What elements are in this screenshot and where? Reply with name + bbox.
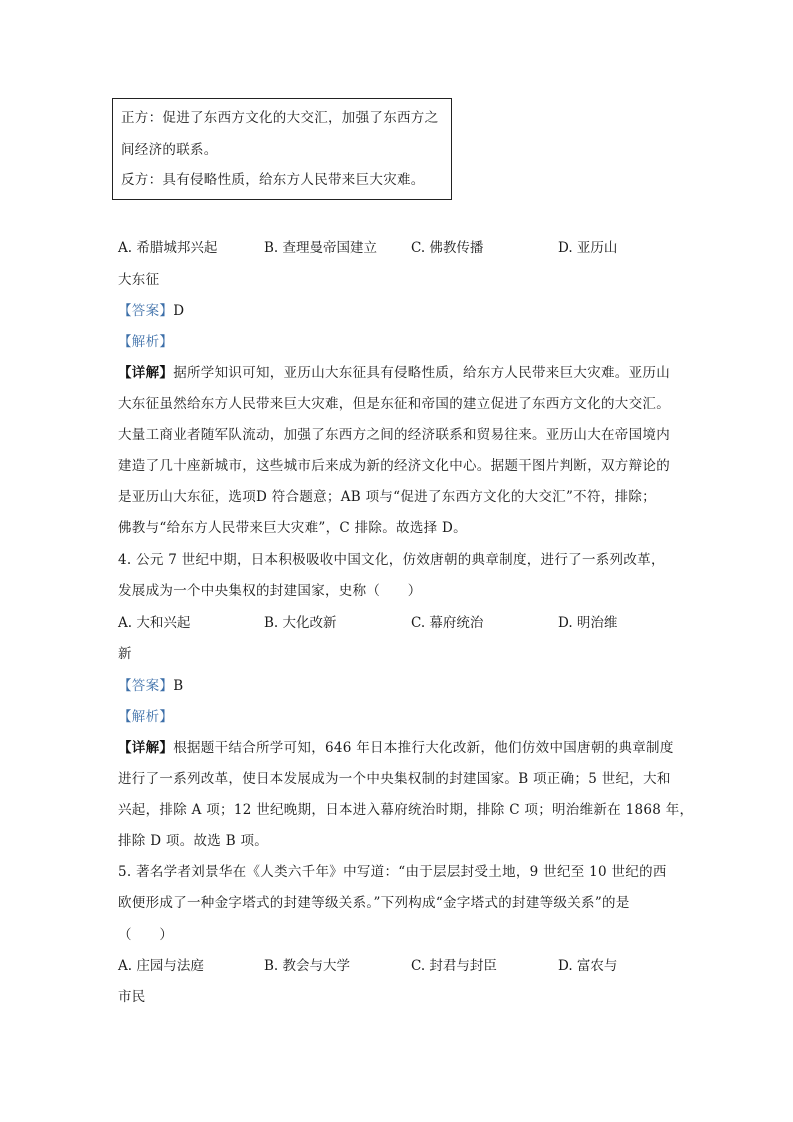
q3-detail-line: 建造了几十座新城市，这些城市后来成为新的经济文化中心。据题干图片判断，双方辩论的 xyxy=(118,457,670,475)
q3-option-a: A. 希腊城邦兴起 xyxy=(118,239,217,257)
q4-detail-line: 兴起，排除 A 项；12 世纪晚期，日本进入幕府统治时期，排除 C 项；明治维新… xyxy=(118,801,693,819)
analysis-tag: 【解析】 xyxy=(118,709,173,725)
detail-text: 据所学知识可知，亚历山大东征具有侵略性质，给东方人民带来巨大灾难。亚历山 xyxy=(173,365,670,381)
q5-option-c: C. 封君与封臣 xyxy=(411,957,497,975)
q4-option-a: A. 大和兴起 xyxy=(118,614,190,632)
q3-detail-line: 佛教与“给东方人民带来巨大灾难”，C 排除。故选择 D。 xyxy=(118,519,467,537)
q3-answer: 【答案】D xyxy=(118,302,184,320)
answer-tag: 【答案】 xyxy=(118,678,173,694)
debate-line-pro: 正方：促进了东西方文化的大交汇，加强了东西方之 xyxy=(121,109,438,127)
q4-detail-line: 进行了一系列改革，使日本发展成为一个中央集权制的封建国家。B 项正确；5 世纪，… xyxy=(118,770,671,788)
q5-stem: 欧便形成了一种金字塔式的封建等级关系。”下列构成“金字塔式的封建等级关系”的是 xyxy=(118,894,630,912)
q4-stem: 发展成为一个中央集权的封建国家，史称（ ） xyxy=(118,582,422,600)
q4-detail-line: 排除 D 项。故选 B 项。 xyxy=(118,832,268,850)
q5-option-a: A. 庄园与法庭 xyxy=(118,957,204,975)
q4-detail-line: 【详解】根据题干结合所学可知，646 年日本推行大化改新，他们仿效中国唐朝的典章… xyxy=(118,739,674,757)
q3-analysis-tag: 【解析】 xyxy=(118,333,173,351)
q5-stem: （ ） xyxy=(118,926,173,944)
answer-value: B xyxy=(173,678,183,694)
q3-detail-line: 大量工商业者随军队流动，加强了东西方之间的经济联系和贸易往来。亚历山大在帝国境内 xyxy=(118,426,670,444)
analysis-tag: 【解析】 xyxy=(118,334,173,350)
answer-tag: 【答案】 xyxy=(118,303,173,319)
q5-stem: 5. 著名学者刘景华在《人类六千年》中写道：“由于层层封受土地，9 世纪至 10… xyxy=(118,863,667,881)
debate-line-pro-cont: 间经济的联系。 xyxy=(121,141,218,159)
q3-detail-line: 【详解】据所学知识可知，亚历山大东征具有侵略性质，给东方人民带来巨大灾难。亚历山 xyxy=(118,364,670,382)
q3-option-d: D. 亚历山 xyxy=(558,239,617,257)
q4-option-b: B. 大化改新 xyxy=(264,614,337,632)
q3-detail-line: 大东征虽然给东方人民带来巨大灾难，但是东征和帝国的建立促进了东西方文化的大交汇。 xyxy=(118,395,670,413)
document-page: 正方：促进了东西方文化的大交汇，加强了东西方之 间经济的联系。 反方：具有侵略性… xyxy=(0,0,793,1122)
q3-option-c: C. 佛教传播 xyxy=(411,239,483,257)
q4-option-d: D. 明治维 xyxy=(558,614,617,632)
detail-text: 根据题干结合所学可知，646 年日本推行大化改新，他们仿效中国唐朝的典章制度 xyxy=(173,740,673,756)
q3-option-d-wrap: 大东征 xyxy=(118,271,159,289)
q4-option-d-wrap: 新 xyxy=(118,645,132,663)
q4-option-c: C. 幕府统治 xyxy=(411,614,483,632)
q4-analysis-tag: 【解析】 xyxy=(118,708,173,726)
q5-option-b: B. 教会与大学 xyxy=(264,957,350,975)
q3-detail-line: 是亚历山大东征，选项D 符合题意；AB 项与“促进了东西方文化的大交汇”不符，排… xyxy=(118,488,656,506)
q5-option-d: D. 富农与 xyxy=(558,957,617,975)
q4-answer: 【答案】B xyxy=(118,677,183,695)
answer-value: D xyxy=(173,303,184,319)
debate-quote-box: 正方：促进了东西方文化的大交汇，加强了东西方之 间经济的联系。 反方：具有侵略性… xyxy=(112,98,452,200)
debate-line-con: 反方：具有侵略性质，给东方人民带来巨大灾难。 xyxy=(121,171,425,189)
q5-option-d-wrap: 市民 xyxy=(118,988,146,1006)
detail-tag: 【详解】 xyxy=(118,365,173,381)
q3-option-b: B. 查理曼帝国建立 xyxy=(264,239,377,257)
q4-stem: 4. 公元 7 世纪中期，日本积极吸收中国文化，仿效唐朝的典章制度，进行了一系列… xyxy=(118,551,665,569)
detail-tag: 【详解】 xyxy=(118,740,173,756)
